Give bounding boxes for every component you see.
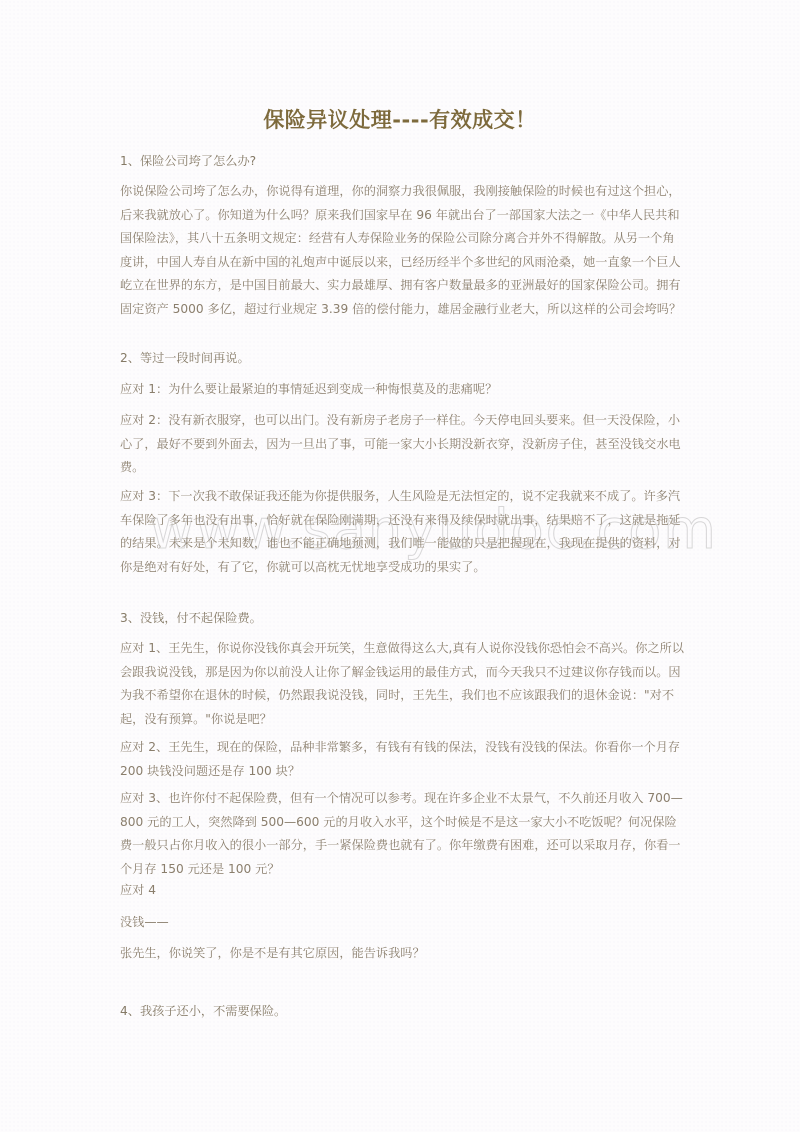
section-3-response-4-prompt: 没钱—— xyxy=(120,911,686,935)
section-4-heading: 4、我孩子还小，不需要保险。 xyxy=(120,1000,686,1024)
section-3-heading: 3、没钱，付不起保险费。 xyxy=(120,607,686,631)
section-3-response-1: 应对 1、王先生，你说你没钱你真会开玩笑，生意做得这么大,真有人说你没钱你恐怕会… xyxy=(120,637,686,731)
document-title: 保险异议处理----有效成交！ xyxy=(0,104,800,134)
section-2-heading: 2、等过一段时间再说。 xyxy=(120,347,686,371)
section-3-response-2: 应对 2、王先生，现在的保险，品种非常繁多，有钱有有钱的保法，没钱有没钱的保法。… xyxy=(120,736,686,783)
section-2-response-3: 应对 3：下一次我不敢保证我还能为你提供服务，人生风险是无法恒定的，说不定我就来… xyxy=(120,485,686,579)
section-1-paragraph-1: 你说保险公司垮了怎么办，你说得有道理，你的洞察力我很佩服，我刚接触保险的时候也有… xyxy=(120,180,686,321)
section-1-heading: 1、保险公司垮了怎么办? xyxy=(120,150,686,174)
section-2-response-1: 应对 1：为什么要让最紧迫的事情延迟到变成一种悔恨莫及的悲痛呢？ xyxy=(120,378,686,402)
section-3-response-4-label: 应对 4 xyxy=(120,879,686,903)
section-3-response-3: 应对 3、也许你付不起保险费，但有一个情况可以参考。现在许多企业不太景气，不久前… xyxy=(120,787,686,881)
section-3-response-4-answer: 张先生，你说笑了，你是不是有其它原因，能告诉我吗？ xyxy=(120,942,686,966)
section-2-response-2: 应对 2：没有新衣服穿，也可以出门。没有新房子老房子一样住。今天停电回头要来。但… xyxy=(120,409,686,480)
document-page: 保险异议处理----有效成交！ 1、保险公司垮了怎么办? 你说保险公司垮了怎么办… xyxy=(0,0,800,1132)
